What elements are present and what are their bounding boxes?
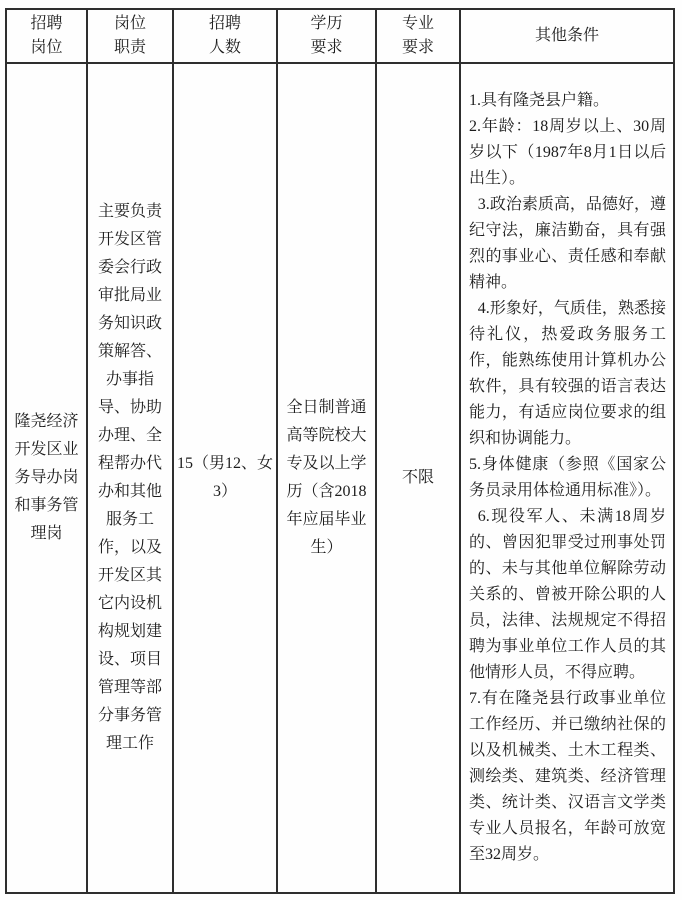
- header-row: 招聘 岗位 岗位 职责 招聘 人数 学历 要求 专业 要求 其他条件: [6, 9, 674, 63]
- cell-position: 隆尧经济开发区业务导办岗和事务管理岗: [6, 63, 87, 893]
- header-other-conditions: 其他条件: [460, 9, 674, 63]
- other-condition-item: 2.年龄：18周岁以上、30周岁以下（1987年8月1日以后出生）。: [469, 114, 666, 192]
- cell-major: 不限: [376, 63, 460, 893]
- header-duties: 岗位 职责: [87, 9, 173, 63]
- cell-duties: 主要负责开发区管委会行政审批局业务知识政策解答、办事指导、协助办理、全程帮办代办…: [87, 63, 173, 893]
- other-condition-item: 4.形象好，气质佳，熟悉接待礼仪，热爱政务服务工作，能熟练使用计算机办公软件，具…: [469, 296, 666, 452]
- cell-other-conditions: 1.具有隆尧县户籍。 2.年龄：18周岁以上、30周岁以下（1987年8月1日以…: [460, 63, 674, 893]
- recruitment-table: 招聘 岗位 岗位 职责 招聘 人数 学历 要求 专业 要求 其他条件 隆尧经济开…: [5, 8, 675, 894]
- other-condition-item: 3.政治素质高，品德好，遵纪守法，廉洁勤奋，具有强烈的事业心、责任感和奉献精神。: [469, 192, 666, 296]
- other-condition-item: 1.具有隆尧县户籍。: [469, 88, 666, 114]
- table-row: 隆尧经济开发区业务导办岗和事务管理岗 主要负责开发区管委会行政审批局业务知识政策…: [6, 63, 674, 893]
- cell-education: 全日制普通高等院校大专及以上学历（含2018年应届毕业生）: [277, 63, 376, 893]
- header-recruit-position: 招聘 岗位: [6, 9, 87, 63]
- other-condition-item: 5.身体健康（参照《国家公务员录用体检通用标准》）。: [469, 452, 666, 504]
- cell-headcount: 15（男12、女3）: [173, 63, 277, 893]
- header-education: 学历 要求: [277, 9, 376, 63]
- header-headcount: 招聘 人数: [173, 9, 277, 63]
- other-condition-item: 7.有在隆尧县行政事业单位工作经历、并已缴纳社保的以及机械类、土木工程类、测绘类…: [469, 686, 666, 868]
- header-major: 专业 要求: [376, 9, 460, 63]
- recruitment-notice-page: 招聘 岗位 岗位 职责 招聘 人数 学历 要求 专业 要求 其他条件 隆尧经济开…: [0, 0, 682, 900]
- other-condition-item: 6.现役军人、未满18周岁的、曾因犯罪受过刑事处罚的、未与其他单位解除劳动关系的…: [469, 504, 666, 686]
